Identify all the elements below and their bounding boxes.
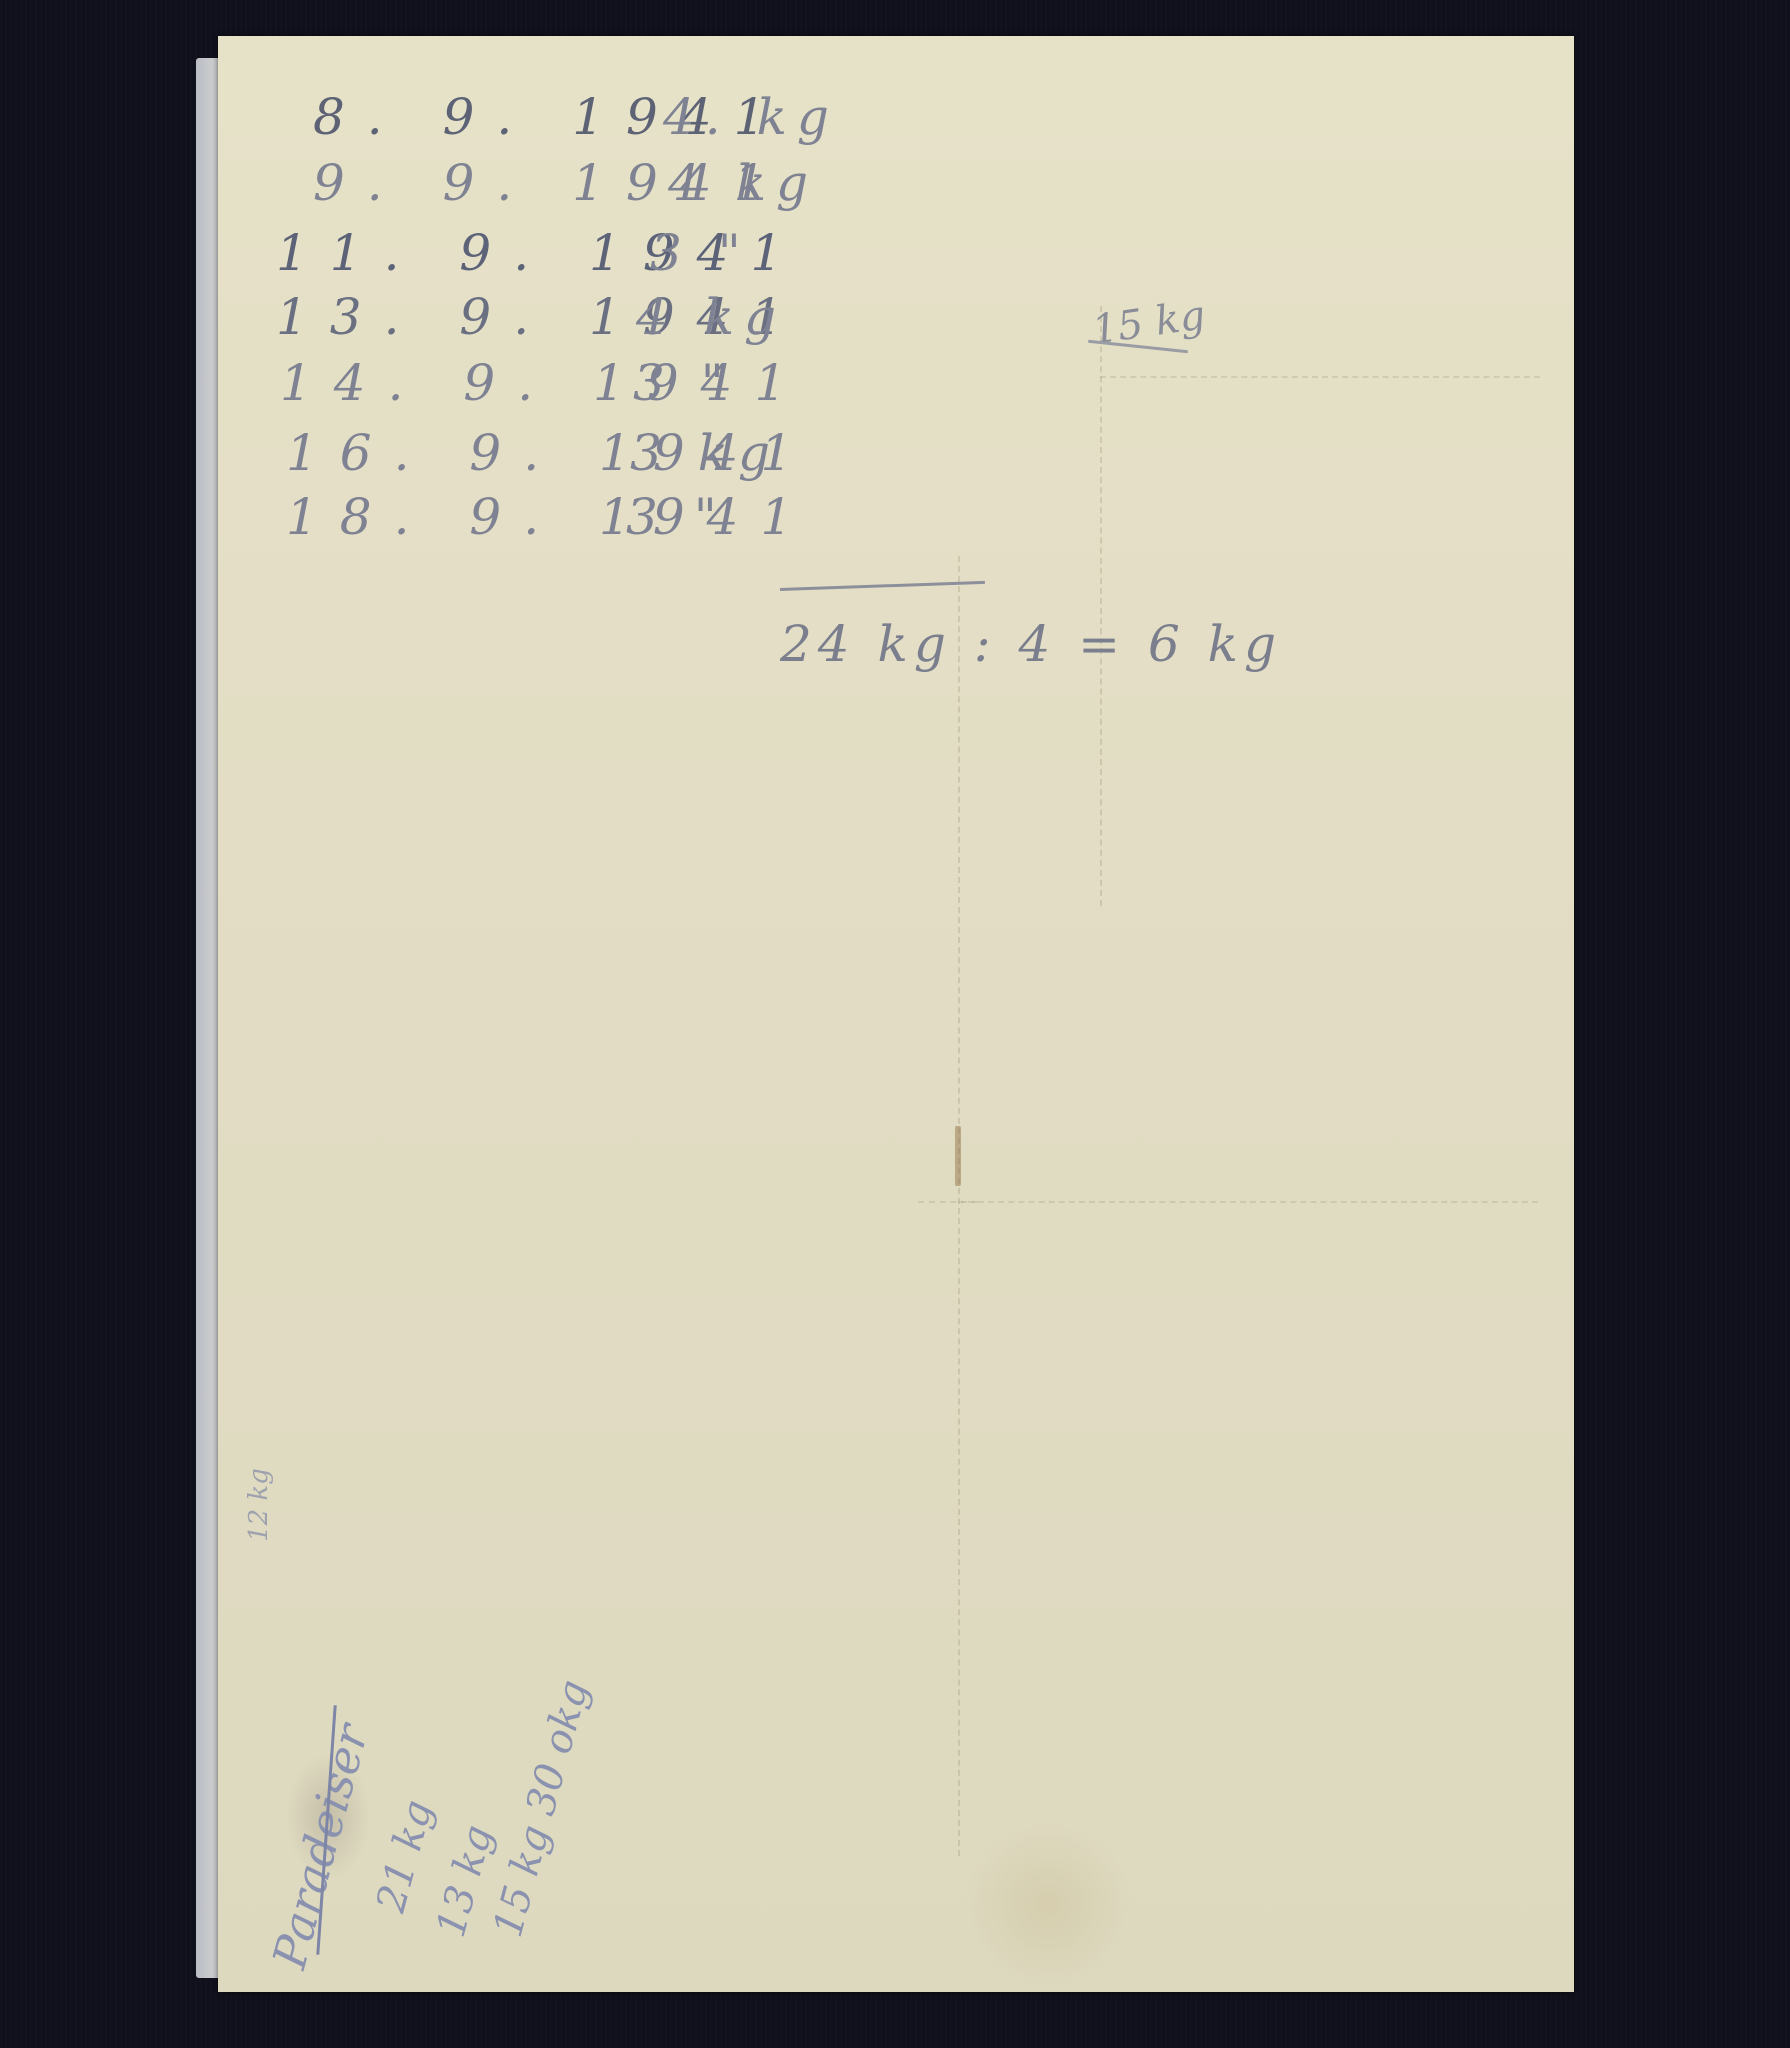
entry-quantity: 4. kg	[663, 88, 839, 146]
entry-quantity: 3 "	[626, 488, 727, 546]
form-line	[1100, 306, 1102, 906]
form-line	[918, 1201, 978, 1203]
form-line	[958, 556, 960, 1856]
form-line	[958, 1201, 1538, 1203]
entry-quantity: 3 "	[633, 354, 734, 412]
entry-quantity: 4 kg	[636, 288, 786, 346]
entry-quantity: 3 kg	[630, 424, 780, 482]
entry-quantity: 3 "	[650, 224, 751, 282]
entry-quantity: 4 kg	[668, 154, 818, 212]
entry-date: 18. 9. 1941	[286, 488, 814, 546]
rust-stain	[955, 1126, 961, 1186]
paper-sheet: 8. 9. 1941 4. kg 9. 9. 1941 4 kg 11. 9. …	[218, 36, 1574, 1992]
form-line	[1100, 376, 1540, 378]
margin-mark: 12 kg	[244, 1468, 274, 1542]
total-calculation: 24 kg : 4 = 6 kg	[780, 615, 1282, 673]
